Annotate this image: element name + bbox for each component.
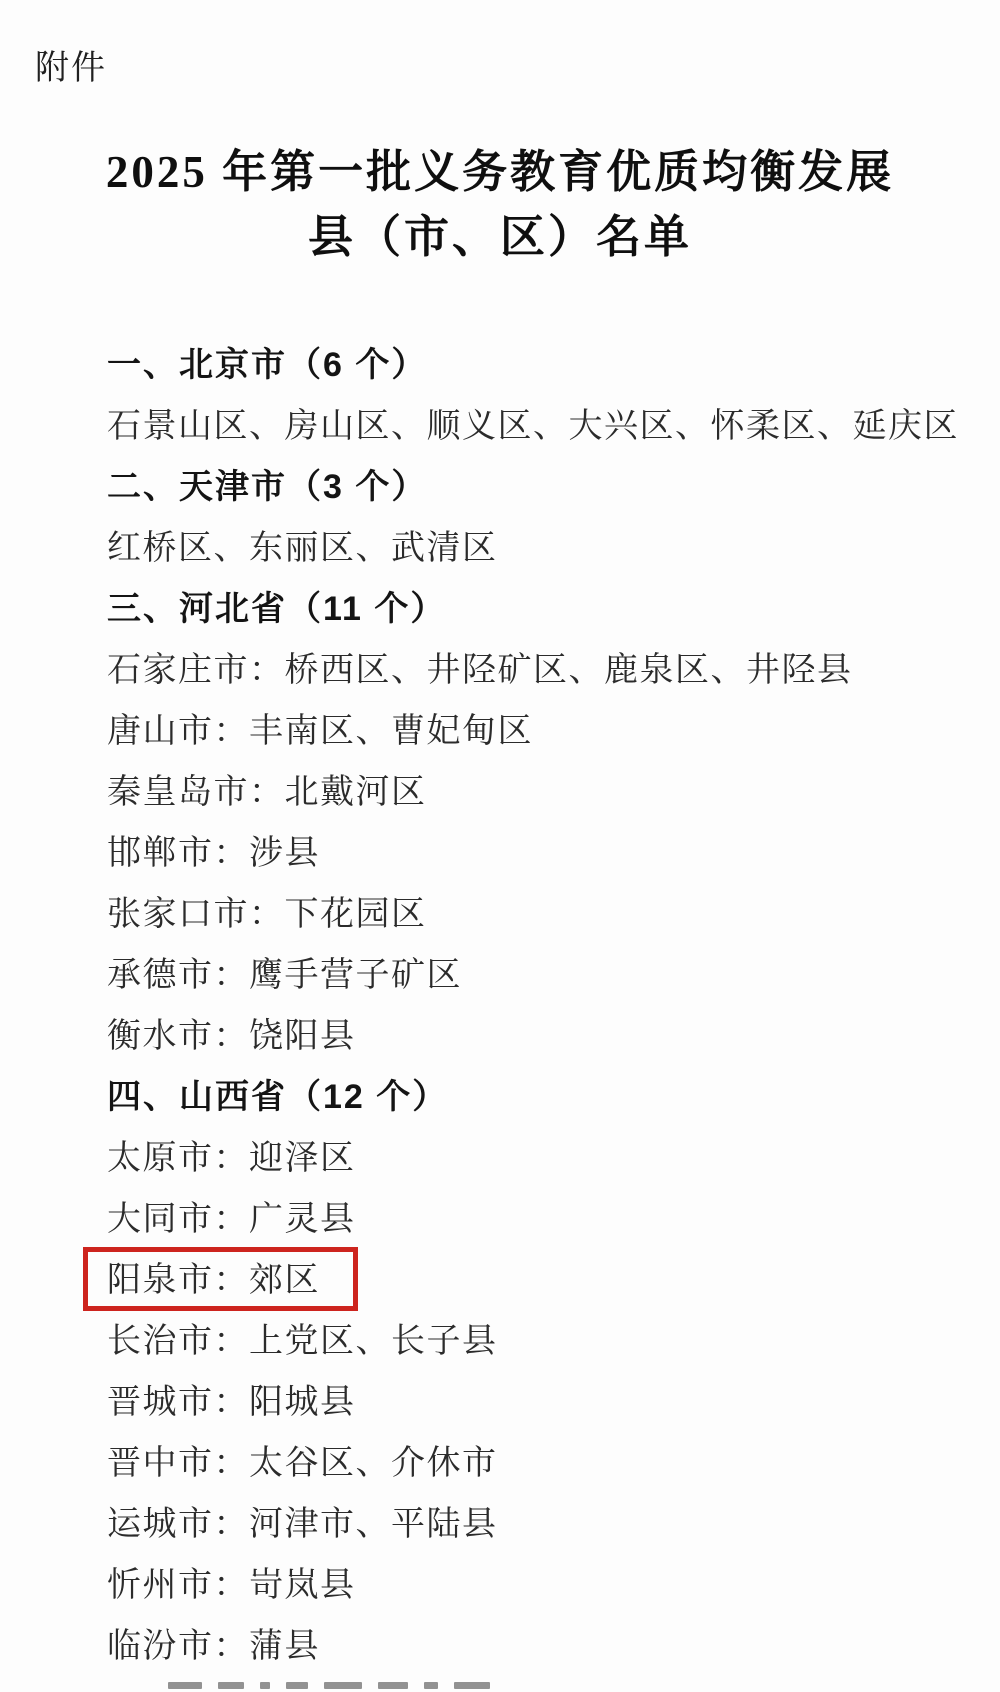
attachment-label: 附件 [35,40,107,89]
list-line-shijiazhuang: 石家庄市：桥西区、井陉矿区、鹿泉区、井陉县 [107,640,960,701]
title-line-1: 2025 年第一批义务教育优质均衡发展 [0,140,1000,205]
list-line-beijing-districts: 石景山区、房山区、顺义区、大兴区、怀柔区、延庆区 [107,396,960,457]
section-heading-shanxi: 四、山西省（12 个） [107,1067,960,1128]
document-title: 2025 年第一批义务教育优质均衡发展 县（市、区）名单 [0,140,1000,270]
list-line-jinzhong: 晋中市：太谷区、介休市 [107,1433,960,1494]
list-content: 一、北京市（6 个） 石景山区、房山区、顺义区、大兴区、怀柔区、延庆区 二、天津… [107,335,960,1677]
list-line-changzhi: 长治市：上党区、长子县 [107,1311,960,1372]
list-line-xinzhou: 忻州市：岢岚县 [107,1555,960,1616]
list-line-qinhuangdao: 秦皇岛市：北戴河区 [107,762,960,823]
list-line-handan: 邯郸市：涉县 [107,823,960,884]
list-line-tianjin-districts: 红桥区、东丽区、武清区 [107,518,960,579]
section-heading-beijing: 一、北京市（6 个） [107,335,960,396]
section-heading-hebei: 三、河北省（11 个） [107,579,960,640]
list-line-tangshan: 唐山市：丰南区、曹妃甸区 [107,701,960,762]
list-line-yuncheng: 运城市：河津市、平陆县 [107,1494,960,1555]
list-line-jincheng: 晋城市：阳城县 [107,1372,960,1433]
title-line-2: 县（市、区）名单 [0,205,1000,270]
section-heading-tianjin: 二、天津市（3 个） [107,457,960,518]
list-line-datong: 大同市：广灵县 [107,1189,960,1250]
list-line-linfen: 临汾市：蒲县 [107,1616,960,1677]
cutoff-partial-glyphs [168,1682,490,1692]
list-line-zhangjiakou: 张家口市：下花园区 [107,884,960,945]
list-line-hengshui: 衡水市：饶阳县 [107,1006,960,1067]
list-line-chengde: 承德市：鹰手营子矿区 [107,945,960,1006]
list-line-yangquan: 阳泉市：郊区 [107,1250,960,1311]
document-page: 附件 2025 年第一批义务教育优质均衡发展 县（市、区）名单 一、北京市（6 … [0,0,1000,1692]
list-line-yangquan-text: 阳泉市：郊区 [107,1262,320,1299]
list-line-taiyuan: 太原市：迎泽区 [107,1128,960,1189]
